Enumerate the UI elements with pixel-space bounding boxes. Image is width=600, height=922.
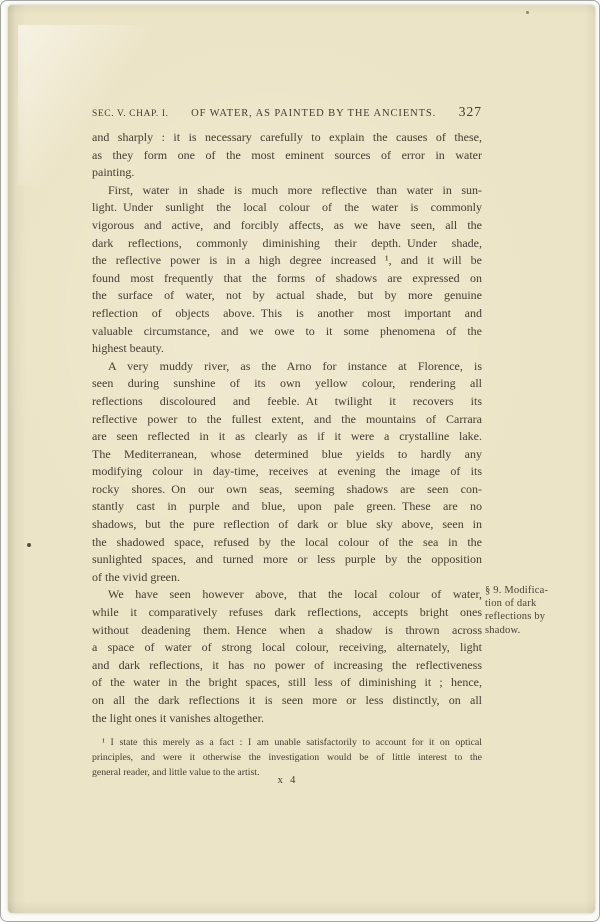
ink-speck	[27, 543, 31, 547]
margin-note: § 9. Modifica-tion of darkreflections by…	[485, 584, 567, 637]
text-line: and sharply : it is necessary carefully …	[92, 129, 482, 147]
text-line: the shadowed space, refused by the local…	[92, 534, 482, 552]
text-line: seen during sunshine of its own yellow c…	[92, 375, 482, 393]
text-line: We have seen however above, that the loc…	[92, 586, 482, 604]
text-line: ¹ I state this merely as a fact : I am u…	[92, 735, 482, 750]
text-line: sunlighted spaces, and turned more or le…	[92, 551, 482, 569]
text-line: as they form one of the most eminent sou…	[92, 147, 482, 165]
text-line: tion of dark	[485, 597, 567, 610]
paragraph: and sharply : it is necessary carefully …	[92, 129, 482, 182]
text-line: the reflective power is in a high degree…	[92, 252, 482, 270]
text-line: First, water in shade is much more refle…	[92, 182, 482, 200]
text-line: § 9. Modifica-	[485, 584, 567, 597]
footnote: ¹ I state this merely as a fact : I am u…	[92, 735, 482, 780]
body-text: and sharply : it is necessary carefully …	[92, 129, 482, 727]
text-line: modifying colour in day-time, receives a…	[92, 463, 482, 481]
page-header: SEC. V. CHAP. I. OF WATER, AS PAINTED BY…	[92, 104, 482, 119]
header-section-label: SEC. V. CHAP. I.	[92, 109, 169, 119]
text-line: light. Under sunlight the local colour o…	[92, 199, 482, 217]
paragraph: First, water in shade is much more refle…	[92, 182, 482, 358]
text-line: the surface of water, not by actual shad…	[92, 287, 482, 305]
text-line: found most frequently that the forms of …	[92, 270, 482, 288]
text-line: while it comparatively refuses dark refl…	[92, 604, 482, 622]
text-line: are seen reflected in it as clearly as i…	[92, 428, 482, 446]
text-line: vigorous and active, and forcibly affect…	[92, 217, 482, 235]
text-line: A very muddy river, as the Arno for inst…	[92, 358, 482, 376]
text-line: principles, and were it otherwise the in…	[92, 750, 482, 765]
text-line: shadow.	[485, 624, 567, 637]
signature-mark: x 4	[92, 775, 482, 786]
text-line: the light ones it vanishes altogether.	[92, 710, 482, 728]
text-line: highest beauty.	[92, 340, 482, 358]
text-line: reflection of objects above. This is ano…	[92, 305, 482, 323]
text-line: reflective power to the fullest extent, …	[92, 411, 482, 429]
text-line: of the water in the bright spaces, still…	[92, 674, 482, 692]
text-line: rocky shores. On our own seas, seeming s…	[92, 481, 482, 499]
text-line: reflections by	[485, 610, 567, 623]
text-line: and dark reflections, it has no power of…	[92, 657, 482, 675]
header-page-number: 327	[459, 104, 482, 120]
paragraph: We have seen however above, that the loc…	[92, 586, 482, 727]
text-line: The Mediterranean, whose determined blue…	[92, 446, 482, 464]
scan-frame: SEC. V. CHAP. I. OF WATER, AS PAINTED BY…	[0, 0, 600, 922]
header-title: OF WATER, AS PAINTED BY THE ANCIENTS.	[191, 108, 436, 119]
paragraph: A very muddy river, as the Arno for inst…	[92, 358, 482, 587]
text-line: a space of water of strong local colour,…	[92, 639, 482, 657]
ink-speck	[526, 11, 529, 14]
text-line: of the vivid green.	[92, 569, 482, 587]
text-line: shadows, but the pure reflection of dark…	[92, 516, 482, 534]
text-line: dark reflections, commonly diminishing t…	[92, 235, 482, 253]
text-line: valuable circumstance, and we owe to it …	[92, 323, 482, 341]
text-line: painting.	[92, 164, 482, 182]
paper: SEC. V. CHAP. I. OF WATER, AS PAINTED BY…	[8, 5, 595, 913]
text-line: on all the dark reflections it is seen m…	[92, 692, 482, 710]
text-line: reflections discoloured and feeble. At t…	[92, 393, 482, 411]
text-line: without deadening them. Hence when a sha…	[92, 622, 482, 640]
text-line: stantly cast in purple and blue, upon pa…	[92, 498, 482, 516]
